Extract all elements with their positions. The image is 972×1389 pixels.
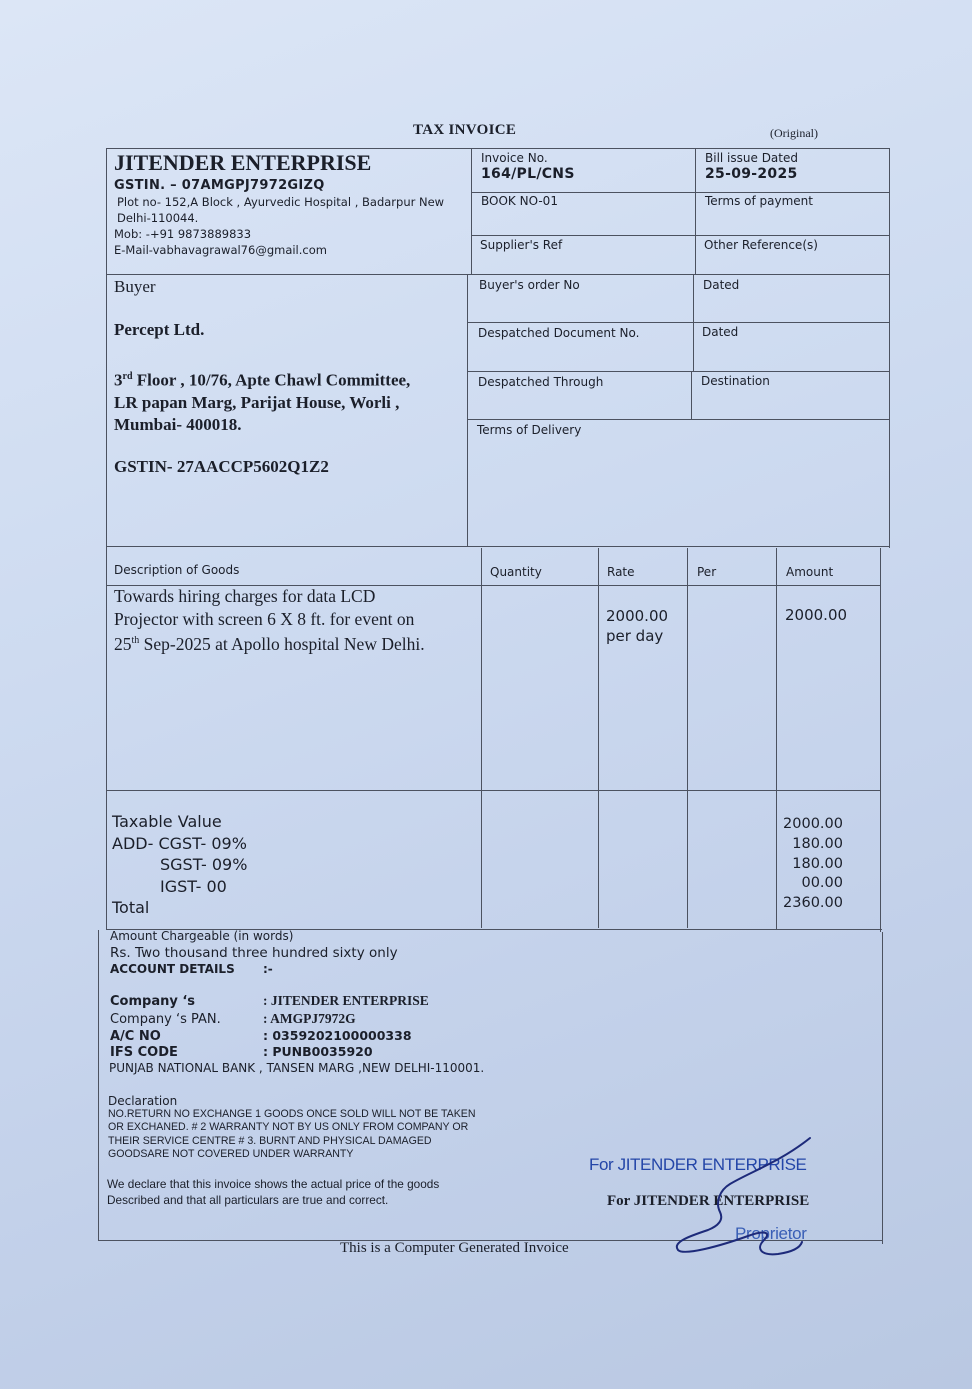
- buyer-label: Buyer: [114, 277, 156, 297]
- ifsc-key: IFS CODE: [110, 1045, 178, 1060]
- terms-of-payment-label: Terms of payment: [705, 194, 813, 208]
- item-description: Towards hiring charges for data LCD Proj…: [114, 585, 479, 655]
- company-name-key: Company ‘s: [110, 994, 195, 1009]
- description-line-1: Towards hiring charges for data LCD: [114, 585, 479, 608]
- sgst-label: SGST- 09%: [112, 854, 247, 876]
- destination-label: Destination: [701, 374, 770, 388]
- invoice-no-label: Invoice No.: [481, 151, 548, 165]
- company-pan-key: Company ‘s PAN.: [110, 1012, 221, 1027]
- buyer-name: Percept Ltd.: [114, 320, 204, 340]
- cgst-value: 180.00: [780, 835, 843, 855]
- account-no-value: : 0359202100000338: [263, 1028, 412, 1043]
- copy-label: (Original): [770, 126, 818, 141]
- declaration-text: NO.RETURN NO EXCHANGE 1 GOODS ONCE SOLD …: [108, 1108, 478, 1162]
- description-line-2: Projector with screen 6 X 8 ft. for even…: [114, 608, 479, 631]
- buyer-address: 3rd Floor , 10/76, Apte Chawl Committee,…: [114, 366, 464, 436]
- taxable-value-label: Taxable Value: [112, 811, 247, 833]
- address-line-3: Mumbai- 400018.: [114, 414, 464, 436]
- document-title: TAX INVOICE: [413, 122, 516, 139]
- item-amount: 2000.00: [785, 606, 847, 624]
- terms-of-delivery-label: Terms of Delivery: [477, 423, 581, 437]
- description-line-3: Sep-2025 at Apollo hospital New Delhi.: [139, 634, 424, 654]
- amount-words: Rs. Two thousand three hundred sixty onl…: [110, 945, 398, 961]
- seller-name: JITENDER ENTERPRISE: [114, 150, 371, 176]
- item-rate: 2000.00 per day: [606, 606, 668, 646]
- address-line-1: Floor , 10/76, Apte Chawl Committee,: [133, 371, 411, 390]
- despatched-doc-label: Despatched Document No.: [478, 326, 639, 340]
- computer-generated-note: This is a Computer Generated Invoice: [340, 1240, 569, 1257]
- event-day: 25: [114, 634, 132, 654]
- bill-date: 25-09-2025: [705, 166, 798, 182]
- col-header-amount: Amount: [786, 565, 833, 579]
- dated-label-1: Dated: [703, 278, 739, 292]
- cgst-label: ADD- CGST- 09%: [112, 833, 247, 855]
- col-header-rate: Rate: [607, 565, 635, 579]
- signature-scribble: [660, 1132, 820, 1272]
- taxable-value: 2000.00: [780, 815, 843, 835]
- tax-summary-labels: Taxable Value ADD- CGST- 09% SGST- 09% I…: [112, 811, 247, 919]
- seller-mobile: Mob: -+91 9873889833: [114, 227, 251, 241]
- col-header-per: Per: [697, 565, 716, 579]
- sgst-value: 180.00: [780, 855, 843, 875]
- buyers-order-label: Buyer's order No: [479, 278, 580, 292]
- seller-address: Plot no- 152,A Block , Ayurvedic Hospita…: [117, 195, 467, 226]
- company-name-value: : JITENDER ENTERPRISE: [263, 993, 429, 1009]
- account-details-header: ACCOUNT DETAILS: [110, 962, 235, 976]
- bill-date-label: Bill issue Dated: [705, 151, 798, 165]
- igst-label: IGST- 00: [112, 876, 247, 898]
- rate-value: 2000.00: [606, 606, 668, 626]
- dated-label-2: Dated: [702, 325, 738, 339]
- floor-suffix: rd: [123, 371, 133, 382]
- igst-value: 00.00: [780, 874, 843, 894]
- col-header-quantity: Quantity: [490, 565, 542, 579]
- rate-unit: per day: [606, 626, 668, 646]
- account-no-key: A/C NO: [110, 1029, 161, 1044]
- col-header-description: Description of Goods: [114, 563, 239, 577]
- other-ref-label: Other Reference(s): [704, 238, 818, 252]
- account-details-sep: :-: [263, 962, 273, 976]
- suppliers-ref-label: Supplier's Ref: [480, 238, 562, 252]
- total-value: 2360.00: [780, 894, 843, 914]
- book-no: BOOK NO-01: [481, 194, 558, 208]
- amount-words-label: Amount Chargeable (in words): [110, 929, 293, 943]
- company-pan-value: : AMGPJ7972G: [263, 1011, 356, 1027]
- bank-details: PUNJAB NATIONAL BANK , TANSEN MARG ,NEW …: [109, 1061, 484, 1075]
- buyer-gstin: GSTIN- 27AACCP5602Q1Z2: [114, 457, 329, 477]
- seller-email: E-Mail-vabhavagrawal76@gmail.com: [114, 243, 327, 257]
- total-label: Total: [112, 897, 247, 919]
- ifsc-value: : PUNB0035920: [263, 1044, 373, 1059]
- declaration-statement: We declare that this invoice shows the a…: [107, 1177, 487, 1208]
- seller-gstin: GSTIN. – 07AMGPJ7972GIZQ: [114, 178, 325, 193]
- despatched-through-label: Despatched Through: [478, 375, 603, 389]
- declaration-label: Declaration: [108, 1094, 177, 1108]
- tax-summary-values: 2000.00 180.00 180.00 00.00 2360.00: [780, 815, 843, 914]
- invoice-no: 164/PL/CNS: [481, 166, 575, 182]
- address-line-2: LR papan Marg, Parijat House, Worli ,: [114, 392, 464, 414]
- floor-number: 3: [114, 371, 123, 390]
